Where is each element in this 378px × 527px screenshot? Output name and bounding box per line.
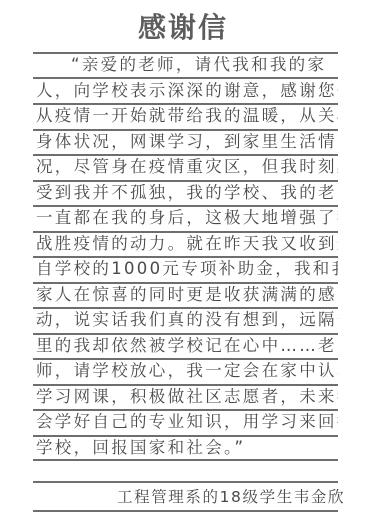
letter-signature: 工程管理系的18级学生韦金欣	[117, 485, 336, 509]
letter-line: 战胜疫情的动力。就在昨天我又收到来	[36, 232, 338, 256]
letter-line: 学习网课，积极做社区志愿者，未来我	[36, 385, 338, 409]
letter-line: 受到我并不孤独，我的学校、我的老师	[36, 181, 338, 205]
letter-line: 一直都在我的身后，这极大地增强了我	[36, 206, 338, 230]
rule-line	[33, 459, 338, 461]
letter-line: 家人在惊喜的同时更是收获满满的感	[36, 283, 338, 307]
rule-line	[33, 481, 338, 483]
letter-line: 从疫情一开始就带给我的温暖，从关心	[36, 104, 338, 128]
letter-line: 师，请学校放心，我一定会在家中认真	[36, 359, 338, 383]
letter-line: “亲爱的老师，请代我和我的家	[71, 53, 338, 77]
letter-line: 里的我却依然被学校记在心中……老	[36, 334, 338, 358]
letter-line: 会学好自己的专业知识，用学习来回报	[36, 410, 338, 434]
letter-line: 学校，回报国家和社会。”	[36, 436, 338, 460]
letter-line: 人，向学校表示深深的谢意，感谢您们	[36, 79, 338, 103]
letter-line: 自学校的1000元专项补助金，我和我的	[36, 257, 338, 281]
letter-title: 感谢信	[0, 10, 366, 46]
letter-line: 动，说实话我们真的没有想到，远隔千	[36, 308, 338, 332]
rule-line	[33, 510, 338, 512]
letter-line: 身体状况，网课学习，到家里生活情	[36, 130, 338, 154]
letter-line: 况，尽管身在疫情重灾区，但我时刻感	[36, 155, 338, 179]
